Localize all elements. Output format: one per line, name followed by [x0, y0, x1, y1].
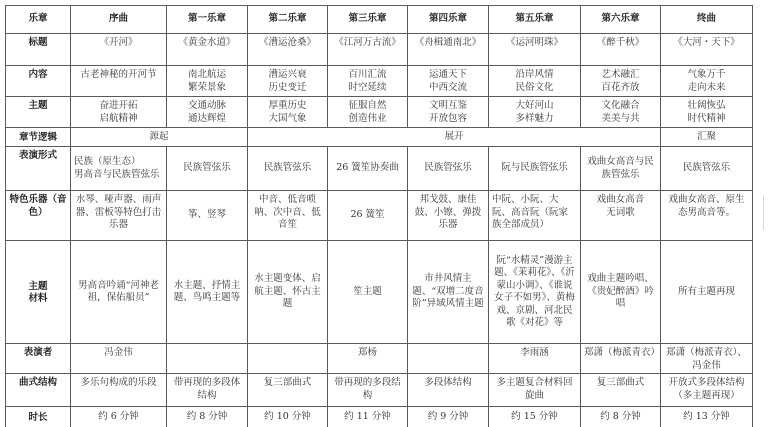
- table-cell: 征服自然 创造伟业: [328, 97, 408, 128]
- table-cell: 运通天下 中西交流: [408, 66, 489, 97]
- table-cell: 民族管弦乐: [661, 147, 753, 191]
- table-cell: 戏曲女高音、原生态男高音等。: [661, 191, 753, 241]
- row-header-theme: 主题: [6, 97, 71, 128]
- table-cell: 《黄金水道》: [167, 34, 248, 66]
- table-cell: 约 10 分钟: [248, 407, 328, 427]
- table-cell: 《大河・天下》: [661, 34, 753, 66]
- table-cell: 中阮、小阮、大阮、高音阮（阮家族全部成员）: [489, 191, 581, 241]
- table-cell: 戏曲女高音与民族管弦乐: [581, 147, 661, 191]
- instruments-row: 特色乐器（音色） 水琴、哑声器、雨声器、雷板等特色打击乐器 筝、竖琴 中音、低音…: [6, 191, 753, 241]
- table-cell: 戏曲主题吟唱、《贵妃醉酒》吟唱: [581, 241, 661, 344]
- table-cell: 筝、竖琴: [167, 191, 248, 241]
- column-header: 第二乐章: [248, 6, 328, 34]
- logic-row: 章节逻辑 源起 展开 汇聚: [6, 128, 753, 147]
- row-header-title: 标题: [6, 34, 71, 66]
- column-header: 序曲: [71, 6, 167, 34]
- table-cell: 文明互鉴 开放包容: [408, 97, 489, 128]
- table-cell: 约 9 分钟: [408, 407, 489, 427]
- column-header: 终曲: [661, 6, 753, 34]
- theme-row: 主题 奋进开拓 启航精神 交通动脉 通达辉煌 厚重历史 大国气象 征服自然 创造…: [6, 97, 753, 128]
- table-cell: 所有主题再现: [661, 241, 753, 344]
- table-cell: 气象万千 走向未来: [661, 66, 753, 97]
- logic-segment-origin: 源起: [71, 128, 248, 147]
- table-cell: 南北航运 繁荣景象: [167, 66, 248, 97]
- table-cell: 《漕运沧桑》: [248, 34, 328, 66]
- table-cell: 多段体结构: [408, 374, 489, 407]
- table-cell: [167, 344, 248, 374]
- duration-row: 时长 约 6 分钟 约 8 分钟 约 10 分钟 约 11 分钟 约 9 分钟 …: [6, 407, 753, 427]
- suite-structure-table: 乐章 序曲 第一乐章 第二乐章 第三乐章 第四乐章 第五乐章 第六乐章 终曲 标…: [5, 5, 753, 427]
- table-cell: 民族管弦乐: [167, 147, 248, 191]
- table-cell: 水琴、哑声器、雨声器、雷板等特色打击乐器: [71, 191, 167, 241]
- table-cell: 文化融合 美美与共: [581, 97, 661, 128]
- table-cell: 26 簧笙: [328, 191, 408, 241]
- logic-segment-convergence: 汇聚: [661, 128, 753, 147]
- scan-edge-line: [763, 196, 764, 230]
- material-row: 主题 材料 男高音吟诵“河神老祖，保佑船员” 水主题、抒情主题、鸟鸣主题等 水主…: [6, 241, 753, 344]
- row-header-instruments: 特色乐器（音色）: [6, 191, 71, 241]
- column-header: 第四乐章: [408, 6, 489, 34]
- table-cell: [248, 344, 328, 374]
- table-cell: 大好河山 多样魅力: [489, 97, 581, 128]
- column-header: 第六乐章: [581, 6, 661, 34]
- table-cell: 奋进开拓 启航精神: [71, 97, 167, 128]
- table-cell: 交通动脉 通达辉煌: [167, 97, 248, 128]
- table-cell: 男高音吟诵“河神老祖，保佑船员”: [71, 241, 167, 344]
- table-cell: 邦戈鼓、康佳鼓、小镲、弹拨乐器: [408, 191, 489, 241]
- table-cell: 多主题复合材料回旋曲: [489, 374, 581, 407]
- row-header-content: 内容: [6, 66, 71, 97]
- form-row: 表演形式 民族（原生态） 男高音与民族管弦乐 民族管弦乐 民族管弦乐 26 簧笙…: [6, 147, 753, 191]
- header-row: 乐章 序曲 第一乐章 第二乐章 第三乐章 第四乐章 第五乐章 第六乐章 终曲: [6, 6, 753, 34]
- table-cell: 沿岸风情 民俗文化: [489, 66, 581, 97]
- table-cell: 复三部曲式: [248, 374, 328, 407]
- table-cell: 漕运兴衰 历史变迁: [248, 66, 328, 97]
- table-cell: 带再现的多段体结构: [167, 374, 248, 407]
- table-cell: 笙主题: [328, 241, 408, 344]
- content-row: 内容 古老神秘的开河节 南北航运 繁荣景象 漕运兴衰 历史变迁 百川汇流 时空延…: [6, 66, 753, 97]
- table-cell: 艺术融汇 百花齐放: [581, 66, 661, 97]
- table-cell: 中音、低音唢呐、次中音、低音笙: [248, 191, 328, 241]
- logic-segment-development: 展开: [248, 128, 661, 147]
- table-cell: 李雨涵: [489, 344, 581, 374]
- table-cell: 壮阔恢弘 时代精神: [661, 97, 753, 128]
- page: 乐章 序曲 第一乐章 第二乐章 第三乐章 第四乐章 第五乐章 第六乐章 终曲 标…: [5, 5, 753, 427]
- table-cell: 多乐句构成的乐段: [71, 374, 167, 407]
- column-header: 第三乐章: [328, 6, 408, 34]
- table-cell: 约 11 分钟: [328, 407, 408, 427]
- row-header-duration: 时长: [6, 407, 71, 427]
- row-header-form-structure: 曲式结构: [6, 374, 71, 407]
- row-header-performer: 表演者: [6, 344, 71, 374]
- table-cell: 《江河万古流》: [328, 34, 408, 66]
- table-cell: 郑潇（梅派青衣）: [581, 344, 661, 374]
- table-cell: 冯金伟: [71, 344, 167, 374]
- row-header-movement: 乐章: [6, 6, 71, 34]
- table-cell: 26 簧笙协奏曲: [328, 147, 408, 191]
- table-cell: 民族（原生态） 男高音与民族管弦乐: [71, 147, 167, 191]
- row-header-performance-form: 表演形式: [6, 147, 71, 191]
- table-cell: 水主题变体、启航主题、怀古主题: [248, 241, 328, 344]
- column-header: 第一乐章: [167, 6, 248, 34]
- table-cell: 复三部曲式: [581, 374, 661, 407]
- row-header-chapter-logic: 章节逻辑: [6, 128, 71, 147]
- table-cell: 约 6 分钟: [71, 407, 167, 427]
- structure-row: 曲式结构 多乐句构成的乐段 带再现的多段体结构 复三部曲式 带再现的多段结构 多…: [6, 374, 753, 407]
- table-cell: 阮“水精灵”漫游主题、《茉莉花》、《沂蒙山小调》、《谁说女子不如男》、黄梅戏、京…: [489, 241, 581, 344]
- title-row: 标题 《开河》 《黄金水道》 《漕运沧桑》 《江河万古流》 《舟楫通南北》 《运…: [6, 34, 753, 66]
- table-cell: 开放式多段体结构（多主题再现）: [661, 374, 753, 407]
- table-cell: 百川汇流 时空延续: [328, 66, 408, 97]
- table-cell: [408, 344, 489, 374]
- table-cell: 约 8 分钟: [581, 407, 661, 427]
- table-cell: 古老神秘的开河节: [71, 66, 167, 97]
- table-cell: 约 8 分钟: [167, 407, 248, 427]
- table-cell: 戏曲女高音 无词歌: [581, 191, 661, 241]
- table-cell: 《舟楫通南北》: [408, 34, 489, 66]
- table-cell: 《醉千秋》: [581, 34, 661, 66]
- table-cell: 市井风情主题、“双增二度音阶”异域风情主题: [408, 241, 489, 344]
- row-header-thematic-material: 主题 材料: [6, 241, 71, 344]
- table-cell: 民族管弦乐: [248, 147, 328, 191]
- table-cell: 水主题、抒情主题、鸟鸣主题等: [167, 241, 248, 344]
- table-cell: 《运河明珠》: [489, 34, 581, 66]
- table-cell: 带再现的多段结构: [328, 374, 408, 407]
- table-cell: 《开河》: [71, 34, 167, 66]
- performer-row: 表演者 冯金伟 郑杨 李雨涵 郑潇（梅派青衣） 郑潇（梅派青衣）、冯金伟: [6, 344, 753, 374]
- table-cell: 约 13 分钟: [661, 407, 753, 427]
- column-header: 第五乐章: [489, 6, 581, 34]
- table-cell: 厚重历史 大国气象: [248, 97, 328, 128]
- table-cell: 约 15 分钟: [489, 407, 581, 427]
- table-cell: 郑杨: [328, 344, 408, 374]
- table-cell: 郑潇（梅派青衣）、冯金伟: [661, 344, 753, 374]
- table-cell: 阮与民族管弦乐: [489, 147, 581, 191]
- table-cell: 民族管弦乐: [408, 147, 489, 191]
